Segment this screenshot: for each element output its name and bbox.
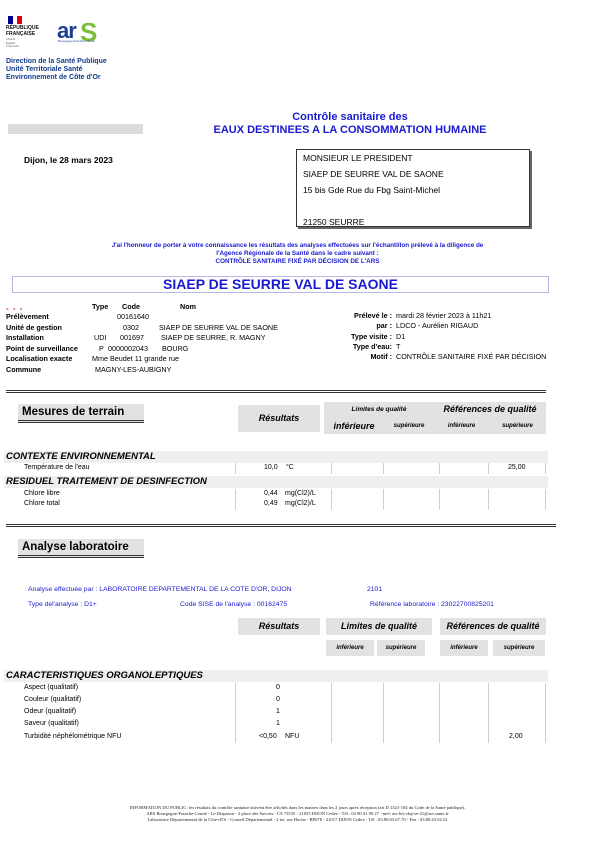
value-point-nom: BOURG — [162, 344, 188, 354]
sampling-date: mardi 28 février 2023 à 11h21 — [396, 311, 595, 321]
sise-code: Code SISE de l'analyse : 00162475 — [180, 601, 287, 608]
result-temperature: 10,0 — [264, 463, 278, 473]
syndicate-name: SIAEP DE SEURRE VAL DE SAONE — [12, 276, 549, 293]
value-unite-gestion-nom: SIAEP DE SEURRE VAL DE SAONE — [159, 323, 278, 333]
param-turbidite: Turbidité néphélométrique NFU — [24, 732, 121, 742]
result-odeur: 1 — [276, 707, 280, 717]
sampler: LDCO - Aurélien RIGAUD — [396, 321, 595, 331]
result-chlore-libre: 0,44 — [264, 489, 278, 499]
lab-header-ref-inferieure: inférieure — [440, 640, 488, 656]
sampling-values: mardi 28 février 2023 à 11h21 LDCO - Aur… — [396, 311, 595, 362]
ref-sup-turbidite: 2,00 — [509, 732, 523, 742]
department-block: Direction de la Santé Publique Unité Ter… — [6, 58, 107, 82]
separator — [6, 524, 556, 527]
label-commune: Commune — [6, 365, 41, 375]
redacted-bar — [8, 124, 143, 134]
result-couleur: 0 — [276, 695, 280, 705]
grid-line — [331, 463, 332, 474]
intro-paragraph: J'ai l'honneur de porter à votre connais… — [20, 242, 575, 266]
republique-francaise-logo: RÉPUBLIQUE FRANÇAISE — [6, 26, 39, 37]
grid-line — [488, 683, 489, 743]
col-header-nom: Nom — [180, 302, 196, 312]
republique-motto: Liberté Égalité Fraternité — [6, 38, 19, 49]
grid-line — [439, 489, 440, 510]
lab-header-lim-superieure: supérieure — [377, 640, 425, 656]
lab-header-lim-inferieure: inférieure — [326, 640, 374, 656]
section-analyse-laboratoire: Analyse laboratoire — [18, 539, 144, 558]
grid-line — [488, 463, 489, 474]
col-header-code: Code — [122, 302, 140, 312]
grid-line — [235, 489, 236, 510]
visit-type: D1 — [396, 332, 595, 342]
label-prelevement: Prélèvement — [6, 312, 49, 322]
group-caracteristiques-organoleptiques: CARACTERISTIQUES ORGANOLEPTIQUES — [4, 670, 548, 682]
grid-line — [545, 683, 546, 743]
grid-line — [545, 489, 546, 510]
header-references: Références de qualité — [434, 402, 546, 417]
label-localisation: Localisation exacte — [6, 354, 72, 364]
section-mesures-terrain: Mesures de terrain — [18, 404, 144, 423]
grid-line — [383, 489, 384, 510]
ref-sup-temperature: 25,00 — [508, 463, 526, 473]
french-flag-icon — [8, 16, 22, 24]
value-installation-nom: SIAEP DE SEURRE, R. MAGNY — [161, 333, 266, 343]
param-temperature: Température de l'eau — [24, 463, 90, 473]
separator — [6, 390, 546, 393]
lab-header-limites: Limites de qualité — [326, 618, 432, 635]
param-aspect: Aspect (qualitatif) — [24, 683, 78, 693]
result-turbidite: <0,50 — [259, 732, 277, 742]
grid-line — [235, 463, 236, 474]
header-ref-superieure: supérieure — [489, 417, 546, 434]
param-chlore-total: Chlore total — [24, 499, 60, 509]
motif: CONTRÔLE SANITAIRE FIXÉ PAR DÉCISION — [396, 352, 595, 362]
lab-header-resultats: Résultats — [238, 618, 320, 635]
grid-line — [439, 463, 440, 474]
param-couleur: Couleur (qualitatif) — [24, 695, 81, 705]
sampling-keys: Prélevé le : par : Type visite : Type d'… — [300, 311, 392, 371]
value-localisation: Mme Beudet 11 grande rue — [92, 354, 179, 364]
lab-code: 2101 — [367, 586, 382, 593]
grid-line — [439, 683, 440, 743]
lab-performed-by: Analyse effectuée par : LABORATOIRE DEPA… — [28, 586, 292, 593]
footer-info: INFORMATION DU PUBLIC: les résultats du … — [40, 805, 555, 823]
unit-chlore-total: mg(Cl2)/L — [285, 499, 316, 509]
value-point-code: 0000002043 — [108, 344, 148, 354]
result-aspect: 0 — [276, 683, 280, 693]
value-point-type: P — [99, 344, 104, 354]
ars-logo-subtitle: Bourgogne-Franche-Comté — [58, 40, 95, 44]
group-contexte-environnemental: CONTEXTE ENVIRONNEMENTAL — [4, 451, 548, 463]
analysis-type: Type del'analyse : D1+ — [28, 601, 97, 608]
value-installation-code: 001697 — [120, 333, 144, 343]
value-commune: MAGNY-LES-AUBIGNY — [95, 365, 171, 375]
value-unite-gestion-code: 0302 — [123, 323, 139, 333]
unit-turbidite: NFU — [285, 732, 299, 742]
grid-line — [331, 489, 332, 510]
lab-reference: Référence laboratoire : 23022700825201 — [370, 601, 494, 608]
unit-temperature: °C — [286, 463, 294, 473]
lab-header-ref-superieure: supérieure — [493, 640, 545, 656]
value-installation-type: UDI — [94, 333, 106, 343]
document-title-line2: EAUX DESTINEES A LA CONSOMMATION HUMAINE — [190, 124, 510, 136]
header-limites: Limites de qualité — [324, 402, 434, 417]
unit-chlore-libre: mg(Cl2)/L — [285, 489, 316, 499]
header-lim-superieure: supérieure — [384, 417, 434, 434]
grid-line — [488, 489, 489, 510]
group-residuel-desinfection: RESIDUEL TRAITEMENT DE DESINFECTION — [4, 476, 548, 488]
header-lim-inferieure: inférieure — [324, 417, 384, 434]
grid-line — [383, 463, 384, 474]
value-prelevement-code: 00161640 — [117, 312, 149, 322]
result-chlore-total: 0,49 — [264, 499, 278, 509]
grid-line — [331, 683, 332, 743]
param-odeur: Odeur (qualitatif) — [24, 707, 76, 717]
result-saveur: 1 — [276, 719, 280, 729]
grid-line — [545, 463, 546, 474]
letter-date: Dijon, le 28 mars 2023 — [24, 155, 113, 165]
label-point-surveillance: Point de surveillance — [6, 344, 78, 354]
param-saveur: Saveur (qualitatif) — [24, 719, 79, 729]
header-ref-inferieure: inférieure — [434, 417, 489, 434]
label-installation: Installation — [6, 333, 44, 343]
col-header-type: Type — [92, 302, 108, 312]
recipient-address: MONSIEUR LE PRESIDENT SIAEP DE SEURRE VA… — [296, 149, 530, 227]
lab-header-references: Références de qualité — [440, 618, 546, 635]
document-title-line1: Contrôle sanitaire des — [200, 111, 500, 123]
water-type: T — [396, 342, 595, 352]
grid-line — [383, 683, 384, 743]
param-chlore-libre: Chlore libre — [24, 489, 60, 499]
grid-line — [235, 683, 236, 743]
header-resultats: Résultats — [238, 405, 320, 432]
label-unite-gestion: Unité de gestion — [6, 323, 62, 333]
